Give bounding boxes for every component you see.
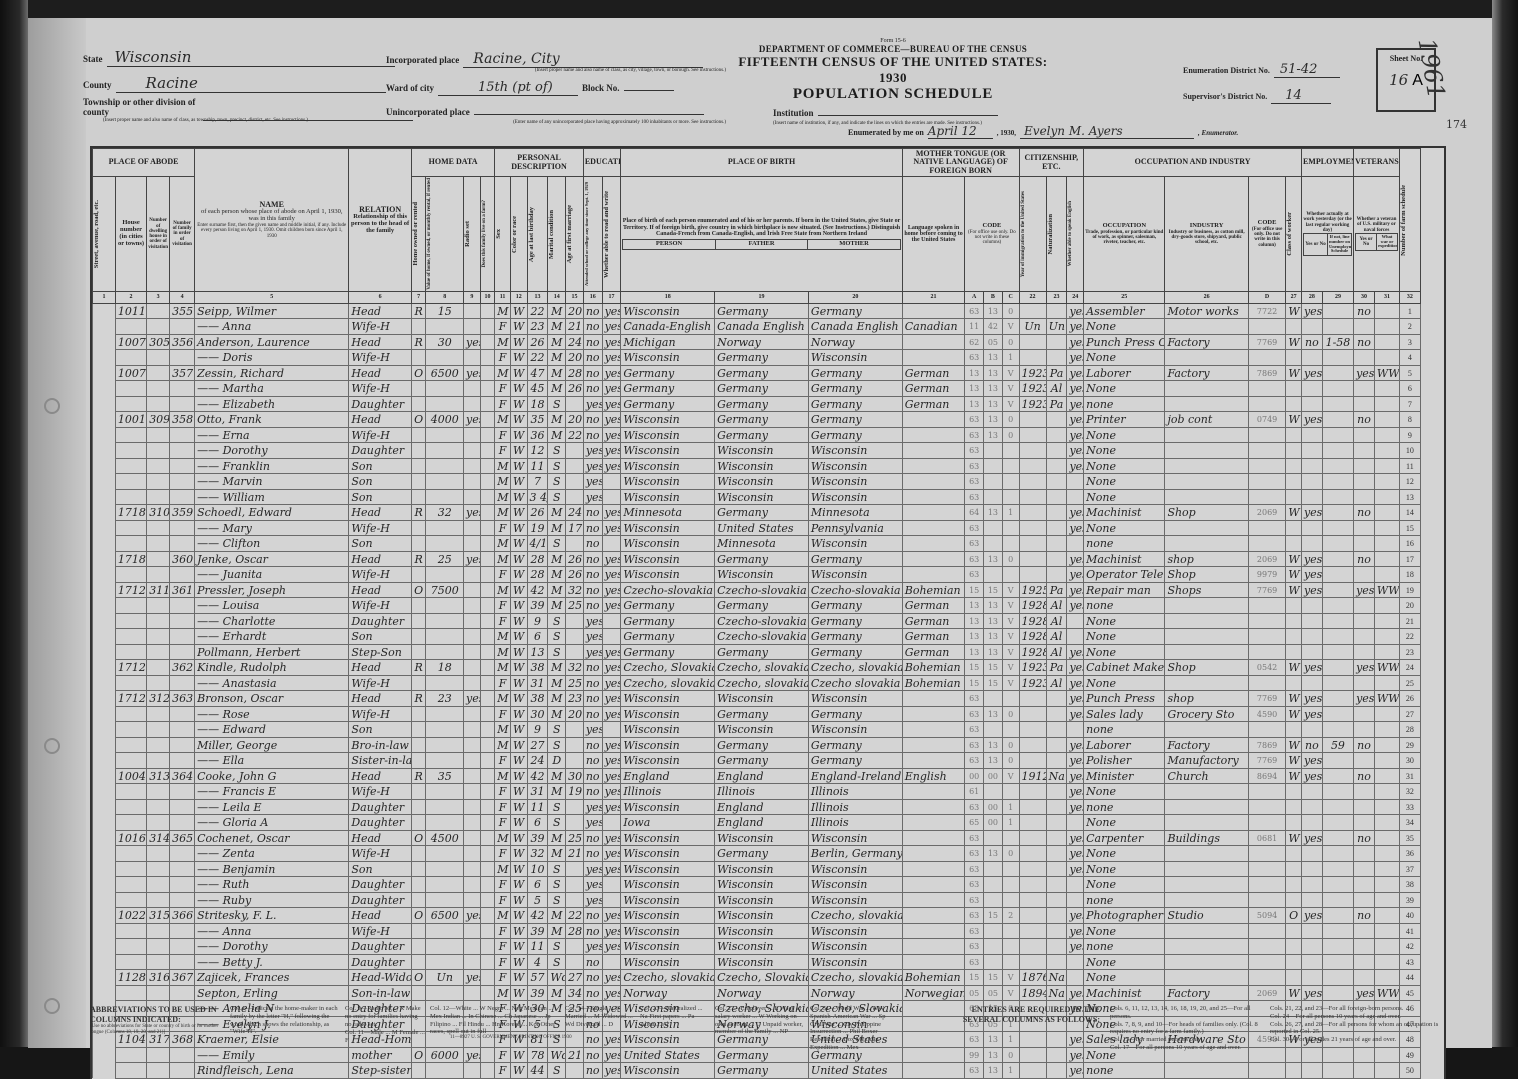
- cell-cA: 63: [965, 908, 984, 924]
- cell-natur: [1046, 567, 1067, 583]
- cell-line: 36: [1399, 846, 1420, 862]
- cell-pob: Wisconsin: [621, 551, 715, 567]
- header-veterans: VETERANS: [1354, 149, 1400, 177]
- cell-age: 39: [527, 985, 548, 1001]
- cell-race: W: [510, 350, 527, 366]
- cell-pob: Wisconsin: [621, 303, 715, 319]
- header-code-abc: CODE(For office use only. Do not write i…: [965, 177, 1019, 292]
- cell-unemp-line: [1322, 660, 1353, 676]
- cell-occupation: Machinist: [1084, 505, 1165, 521]
- cell-english: yes: [1067, 799, 1084, 815]
- column-number: 10: [480, 291, 495, 303]
- cell-immig: [1019, 691, 1046, 707]
- cell-marital: S: [548, 396, 566, 412]
- cell-cA: 63: [965, 877, 984, 893]
- cell-race: W: [510, 892, 527, 908]
- cell-unemp-line: [1322, 474, 1353, 490]
- cell-relation: Wife-H: [349, 598, 412, 614]
- cell-class: [1286, 629, 1302, 645]
- cell-race: W: [510, 784, 527, 800]
- cell-veteran: no: [1354, 768, 1375, 784]
- cell-mother-pob: Germany: [808, 381, 902, 397]
- cell-english: yes: [1067, 644, 1084, 660]
- cell-immig: 1928: [1019, 629, 1046, 645]
- cell-read: yes: [602, 970, 621, 986]
- cell-age-marr: 22: [566, 908, 584, 924]
- cell-cA: 63: [965, 722, 984, 738]
- cell-race: W: [510, 427, 527, 443]
- cell-school: no: [583, 846, 602, 862]
- cell-line: 43: [1399, 954, 1420, 970]
- table-row: —— LouisaWife-HFW39M25noyesGermanyGerman…: [93, 598, 1444, 614]
- cell-immig: [1019, 350, 1046, 366]
- cell-school: no: [583, 970, 602, 986]
- cell-street: [93, 799, 116, 815]
- cell-unemp-line: [1322, 536, 1353, 552]
- table-row: 1712311361Pressler, JosephHeadO7500MW42M…: [93, 582, 1444, 598]
- cell-pob: Wisconsin: [621, 830, 715, 846]
- cell-relation: Head: [349, 412, 412, 428]
- cell-tongue: [902, 706, 965, 722]
- cell-farm: [480, 830, 495, 846]
- cell-race: W: [510, 1047, 527, 1063]
- cell-industry: [1165, 520, 1248, 536]
- cell-cA: 63: [965, 892, 984, 908]
- cell-age-marr: [566, 815, 584, 831]
- cell-house: [115, 598, 146, 614]
- cell-house: [115, 799, 146, 815]
- cell-street: [93, 1063, 116, 1079]
- cell-street: [93, 784, 116, 800]
- header-c4: Number of family in order of visitation: [170, 177, 195, 292]
- cell-tongue: [902, 412, 965, 428]
- cell-war: WW: [1374, 691, 1399, 707]
- cell-race: W: [510, 458, 527, 474]
- cell-immig: [1019, 737, 1046, 753]
- cell-natur: Pa: [1046, 365, 1067, 381]
- table-row: 1712362Kindle, RudolphHeadR18MW38M32noye…: [93, 660, 1444, 676]
- ward-label: Ward of city: [386, 83, 434, 93]
- cell-pob: Czecho, Slovakia: [621, 660, 715, 676]
- cell-mother-pob: Germany: [808, 598, 902, 614]
- cell-race: W: [510, 613, 527, 629]
- cell-house: [115, 629, 146, 645]
- cell-immig: [1019, 567, 1046, 583]
- cell-mother-pob: Wisconsin: [808, 489, 902, 505]
- table-row: —— MarvinSonMW7SyesWisconsinWisconsinWis…: [93, 474, 1444, 490]
- cell-mother-pob: Wisconsin: [808, 474, 902, 490]
- cell-owned: R: [411, 768, 426, 784]
- cell-owned: [411, 892, 426, 908]
- cell-race: W: [510, 551, 527, 567]
- cell-house: [115, 1047, 146, 1063]
- cell-at-work: [1301, 319, 1322, 335]
- cell-veteran: [1354, 877, 1375, 893]
- printer-line: 11—8927 U. S. GOVERNMENT PRINTING OFFICE…: [450, 1035, 750, 1041]
- cell-value: 25: [426, 551, 464, 567]
- cell-mother-pob: Czecho, slovakia: [808, 908, 902, 924]
- cell-pob: Michigan: [621, 334, 715, 350]
- cell-relation: Son: [349, 722, 412, 738]
- header-name-note: Enter surname first, then the given name…: [196, 223, 347, 239]
- header-c23-text: Naturalization: [1048, 214, 1055, 254]
- cell-war: [1374, 737, 1399, 753]
- cell-occupation: None: [1084, 613, 1165, 629]
- cell-race: W: [510, 567, 527, 583]
- cell-tongue: [902, 458, 965, 474]
- cell-race: W: [510, 691, 527, 707]
- cell-age: 42: [527, 582, 548, 598]
- cell-tongue: [902, 892, 965, 908]
- cell-marital: S: [548, 861, 566, 877]
- header-c23: Naturalization: [1046, 177, 1067, 292]
- header-c16-text: Attended school or college any time sinc…: [585, 182, 590, 286]
- column-number: 15: [566, 291, 584, 303]
- cell-school: no: [583, 505, 602, 521]
- header-home-data: HOME DATA: [411, 149, 494, 177]
- cell-industry: [1165, 644, 1248, 660]
- cell-occupation: None: [1084, 474, 1165, 490]
- cell-unemp-line: [1322, 598, 1353, 614]
- table-row: —— EdwardSonMW9SyesWisconsinWisconsinWis…: [93, 722, 1444, 738]
- cell-age-marr: 26: [566, 381, 584, 397]
- cell-line: 10: [1399, 443, 1420, 459]
- cell-age-marr: [566, 644, 584, 660]
- cell-cB: 15: [984, 660, 1003, 676]
- cell-race: W: [510, 1063, 527, 1079]
- cell-natur: [1046, 427, 1067, 443]
- cell-tongue: [902, 520, 965, 536]
- cell-codeD: 0542: [1248, 660, 1286, 676]
- cell-war: [1374, 908, 1399, 924]
- cell-father-pob: Germany: [715, 412, 809, 428]
- cell-class: W: [1286, 691, 1302, 707]
- cell-codeD: 8694: [1248, 768, 1286, 784]
- table-row: 1718310359Schoedl, EdwardHeadR32yesMW26M…: [93, 505, 1444, 521]
- cell-immig: [1019, 443, 1046, 459]
- cell-at-work: [1301, 939, 1322, 955]
- cell-father-pob: United States: [715, 520, 809, 536]
- cell-relation: Head: [349, 582, 412, 598]
- punch-hole-icon: [44, 738, 60, 754]
- cell-name: —— Erhardt: [195, 629, 349, 645]
- cell-mother-pob: Wisconsin: [808, 458, 902, 474]
- cell-name: —— Gloria A: [195, 815, 349, 831]
- cell-industry: [1165, 536, 1248, 552]
- table-row: —— MarthaWife-HFW45M26noyesGermanyGerman…: [93, 381, 1444, 397]
- table-row: 1007305356Anderson, LaurenceHeadR30yesMW…: [93, 334, 1444, 350]
- cell-relation: Wife-H: [349, 567, 412, 583]
- county-field: County Racine: [83, 74, 413, 93]
- cell-family: 364: [170, 768, 195, 784]
- cell-dwelling: [147, 489, 170, 505]
- cell-street: [93, 892, 116, 908]
- cell-school: no: [583, 768, 602, 784]
- cell-name: —— Edward: [195, 722, 349, 738]
- cell-street: [93, 303, 116, 319]
- header-citizenship: CITIZENSHIP, ETC.: [1019, 149, 1084, 177]
- cell-veteran: [1354, 427, 1375, 443]
- cell-house: 1712½: [115, 691, 146, 707]
- cell-codeD: [1248, 381, 1286, 397]
- cell-occupation: none: [1084, 598, 1165, 614]
- cell-class: [1286, 970, 1302, 986]
- cell-farm: [480, 737, 495, 753]
- cell-cA: 13: [965, 365, 984, 381]
- table-row: Pollmann, HerbertStep-SonMW13SyesyesGerm…: [93, 644, 1444, 660]
- cell-age: 6: [527, 815, 548, 831]
- cell-mother-pob: Berlin, Germany: [808, 846, 902, 862]
- cell-farm: [480, 799, 495, 815]
- cell-cC: V: [1002, 644, 1019, 660]
- cell-pob: Wisconsin: [621, 737, 715, 753]
- cell-age: 11: [527, 799, 548, 815]
- cell-immig: [1019, 784, 1046, 800]
- cell-codeD: [1248, 1063, 1286, 1079]
- cell-unemp-line: [1322, 722, 1353, 738]
- cell-family: 359: [170, 505, 195, 521]
- cell-age-marr: 25: [566, 675, 584, 691]
- cell-cB: 00: [984, 815, 1003, 831]
- cell-at-work: [1301, 954, 1322, 970]
- cell-race: W: [510, 396, 527, 412]
- cell-age: 27: [527, 737, 548, 753]
- enum-district-value: 51-42: [1274, 62, 1340, 78]
- cell-unemp-line: [1322, 520, 1353, 536]
- cell-unemp-line: [1322, 675, 1353, 691]
- header-c12-text: Color or race: [512, 216, 519, 253]
- cell-age-marr: 23: [566, 691, 584, 707]
- table-row: —— RuthDaughterFW6SyesWisconsinWisconsin…: [93, 877, 1444, 893]
- cell-marital: M: [548, 412, 566, 428]
- cell-name: Zessin, Richard: [195, 365, 349, 381]
- cell-immig: 1923: [1019, 675, 1046, 691]
- cell-at-work: [1301, 784, 1322, 800]
- cell-name: —— Betty J.: [195, 954, 349, 970]
- cell-english: [1067, 489, 1084, 505]
- cell-street: [93, 536, 116, 552]
- cell-immig: [1019, 877, 1046, 893]
- cell-school: no: [583, 660, 602, 676]
- cell-age: 38: [527, 660, 548, 676]
- cell-dwelling: [147, 474, 170, 490]
- cell-house: 1001: [115, 412, 146, 428]
- cell-cB: 05: [984, 334, 1003, 350]
- cell-marital: D: [548, 753, 566, 769]
- cell-owned: [411, 985, 426, 1001]
- cell-family: [170, 846, 195, 862]
- cell-industry: Studio: [1165, 908, 1248, 924]
- cell-war: WW: [1374, 985, 1399, 1001]
- cell-dwelling: [147, 985, 170, 1001]
- cell-sex: M: [495, 768, 511, 784]
- cell-age-marr: [566, 613, 584, 629]
- cell-school: no: [583, 985, 602, 1001]
- cell-street: [93, 939, 116, 955]
- cell-race: W: [510, 815, 527, 831]
- cell-street: [93, 908, 116, 924]
- cell-sex: M: [495, 722, 511, 738]
- cell-age: 57: [527, 970, 548, 986]
- cell-line: 12: [1399, 474, 1420, 490]
- cell-line: 25: [1399, 675, 1420, 691]
- cell-war: [1374, 877, 1399, 893]
- cell-cA: 63: [965, 474, 984, 490]
- cell-family: [170, 567, 195, 583]
- cell-immig: [1019, 830, 1046, 846]
- cell-street: [93, 350, 116, 366]
- cell-codeD: [1248, 350, 1286, 366]
- table-row: —— ZentaWife-HFW32M21noyesWisconsinGerma…: [93, 846, 1444, 862]
- cell-father-pob: Wisconsin: [715, 489, 809, 505]
- cell-cC: 1: [1002, 815, 1019, 831]
- cell-age-marr: [566, 489, 584, 505]
- cell-at-work: [1301, 1063, 1322, 1079]
- ward-field: Ward of city 15th (pt of) Block No.: [386, 78, 726, 96]
- cell-owned: O: [411, 1047, 426, 1063]
- cell-owned: [411, 520, 426, 536]
- cell-line: 13: [1399, 489, 1420, 505]
- cell-at-work: [1301, 923, 1322, 939]
- cell-cC: [1002, 923, 1019, 939]
- column-number: 11: [495, 291, 511, 303]
- cell-english: yes: [1067, 784, 1084, 800]
- cell-owned: [411, 396, 426, 412]
- cell-english: yes: [1067, 412, 1084, 428]
- cell-natur: [1046, 412, 1067, 428]
- cell-sex: F: [495, 954, 511, 970]
- table-row: 1004313364Cooke, John GHeadR35MW42M30noy…: [93, 768, 1444, 784]
- cell-veteran: [1354, 815, 1375, 831]
- header-c29: If not, line number on Unemployment Sche…: [1328, 234, 1352, 256]
- cell-cA: 15: [965, 675, 984, 691]
- cell-school: yes: [583, 877, 602, 893]
- cell-veteran: [1354, 613, 1375, 629]
- cell-sex: F: [495, 1047, 511, 1063]
- cell-sex: F: [495, 784, 511, 800]
- cell-immig: [1019, 1047, 1046, 1063]
- cell-veteran: [1354, 443, 1375, 459]
- cell-occupation: None: [1084, 675, 1165, 691]
- cell-unemp-line: [1322, 396, 1353, 412]
- cell-industry: [1165, 722, 1248, 738]
- cell-class: [1286, 923, 1302, 939]
- cell-veteran: [1354, 784, 1375, 800]
- cell-tongue: [902, 303, 965, 319]
- cell-street: [93, 412, 116, 428]
- cell-age: 10: [527, 861, 548, 877]
- cell-unemp-line: [1322, 846, 1353, 862]
- cell-cC: V: [1002, 768, 1019, 784]
- cell-age: 39: [527, 830, 548, 846]
- cell-class: [1286, 489, 1302, 505]
- cell-radio: [463, 660, 480, 676]
- cell-natur: [1046, 350, 1067, 366]
- cell-marital: M: [548, 381, 566, 397]
- cell-school: yes: [583, 613, 602, 629]
- column-number: 25: [1084, 291, 1165, 303]
- cell-family: [170, 722, 195, 738]
- cell-street: [93, 768, 116, 784]
- cell-house: [115, 474, 146, 490]
- cell-read: yes: [602, 753, 621, 769]
- cell-age-marr: [566, 799, 584, 815]
- cell-age: 47: [527, 365, 548, 381]
- cell-immig: 1925: [1019, 582, 1046, 598]
- cell-mother-pob: Illinois: [808, 815, 902, 831]
- cell-relation: Head: [349, 830, 412, 846]
- cell-tongue: [902, 737, 965, 753]
- table-row: —— ErhardtSonMW6SyesGermanyCzecho-slovak…: [93, 629, 1444, 645]
- cell-immig: [1019, 505, 1046, 521]
- cell-age: 12: [527, 443, 548, 459]
- cell-class: [1286, 319, 1302, 335]
- cell-class: O: [1286, 908, 1302, 924]
- cell-age-marr: 26: [566, 551, 584, 567]
- cell-sex: M: [495, 629, 511, 645]
- entries-4: Col. 17—For all persons 10 years of age …: [1110, 1044, 1260, 1052]
- cell-age-marr: [566, 443, 584, 459]
- header-c24-text: Whether able to speak English: [1068, 201, 1073, 266]
- cell-cA: 63: [965, 536, 984, 552]
- cell-immig: [1019, 1063, 1046, 1079]
- cell-natur: Pa: [1046, 396, 1067, 412]
- cell-value: [426, 815, 464, 831]
- cell-english: yes: [1067, 939, 1084, 955]
- cell-tongue: [902, 350, 965, 366]
- cell-at-work: [1301, 536, 1322, 552]
- cell-codeD: [1248, 877, 1286, 893]
- cell-natur: [1046, 877, 1067, 893]
- cell-sex: M: [495, 582, 511, 598]
- cell-read: yes: [602, 520, 621, 536]
- cell-natur: [1046, 923, 1067, 939]
- entries-title: ENTRIES ARE REQUIRED IN THE SEVERAL COLU…: [950, 1005, 1100, 1024]
- cell-owned: [411, 598, 426, 614]
- cell-mother-pob: Germany: [808, 396, 902, 412]
- cell-veteran: [1354, 892, 1375, 908]
- cell-immig: [1019, 520, 1046, 536]
- cell-read: [602, 536, 621, 552]
- cell-english: yes: [1067, 861, 1084, 877]
- header-code-d-title: CODE: [1250, 220, 1285, 227]
- cell-war: [1374, 815, 1399, 831]
- cell-marital: M: [548, 768, 566, 784]
- cell-line: 17: [1399, 551, 1420, 567]
- entries-3: Col. 15—For married persons only.: [1110, 1036, 1260, 1044]
- cell-farm: [480, 985, 495, 1001]
- cell-cC: V: [1002, 582, 1019, 598]
- cell-name: Pressler, Joseph: [195, 582, 349, 598]
- cell-race: W: [510, 908, 527, 924]
- cell-father-pob: Germany: [715, 598, 809, 614]
- cell-relation: Head: [349, 303, 412, 319]
- cell-age: 24: [527, 753, 548, 769]
- cell-father-pob: Germany: [715, 350, 809, 366]
- header-c10-text: Does this family live on a farm?: [482, 200, 487, 268]
- cell-radio: [463, 753, 480, 769]
- cell-veteran: yes: [1354, 691, 1375, 707]
- cell-father-pob: England: [715, 815, 809, 831]
- cell-pob: Wisconsin: [621, 846, 715, 862]
- table-row: —— EllaSister-in-lawFW24DnoyesWisconsinG…: [93, 753, 1444, 769]
- cell-dwelling: [147, 551, 170, 567]
- cell-cA: 63: [965, 520, 984, 536]
- cell-pob: United States: [621, 1047, 715, 1063]
- cell-marital: S: [548, 644, 566, 660]
- cell-radio: [463, 877, 480, 893]
- cell-english: [1067, 954, 1084, 970]
